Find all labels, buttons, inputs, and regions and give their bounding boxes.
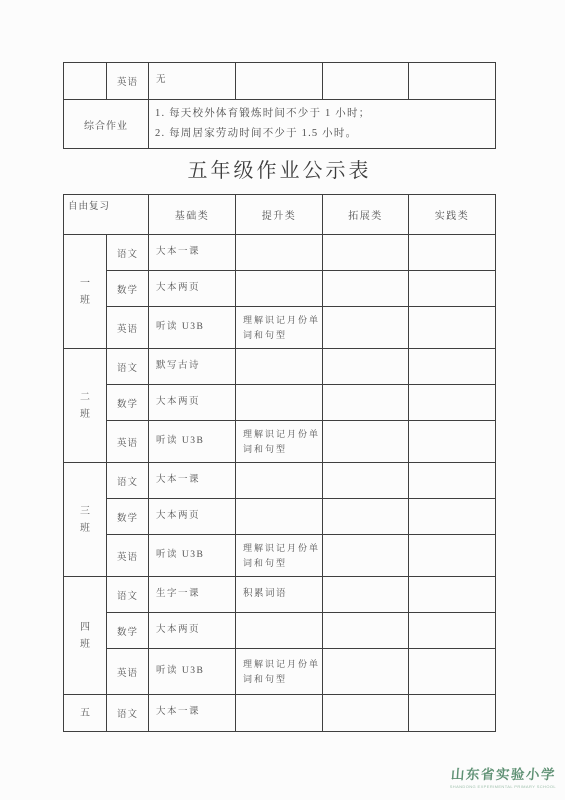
practice-homework-cell [409,463,496,499]
class-name: 二班 [80,389,91,423]
comprehensive-homework-content: 1. 每天校外体育锻炼时间不少于 1 小时； 2. 每周居家劳动时间不少于 1.… [149,100,496,149]
class-name: 三班 [80,503,91,537]
improve-homework-cell [236,235,323,271]
table-row: 综合作业 1. 每天校外体育锻炼时间不少于 1 小时； 2. 每周居家劳动时间不… [64,100,496,149]
practice-homework-cell [409,649,496,695]
extend-homework-cell [323,349,409,385]
subject-cell: 语文 [107,235,149,271]
extend-homework-cell [323,649,409,695]
improve-homework-cell: 积累词语 [236,577,323,613]
extend-homework-cell [323,271,409,307]
basic-homework-cell: 无 [149,63,236,100]
subject-cell: 数学 [107,385,149,421]
document-body: 英语 无 综合作业 1. 每天校外体育锻炼时间不少于 1 小时； 2. 每周居家… [63,62,496,732]
improve-homework-cell [236,63,323,100]
improve-homework-cell [236,695,323,732]
class-label-cell: 二班 [64,349,107,463]
class-label-cell-empty [64,63,107,100]
improve-homework-cell [236,613,323,649]
corner-label-cell: 自由复习 [64,195,149,235]
basic-homework-cell: 生字一课 [149,577,236,613]
improve-homework-cell: 理解识记月份单词和句型 [236,535,323,577]
extend-homework-cell [323,421,409,463]
comprehensive-item-2: 2. 每周居家劳动时间不少于 1.5 小时。 [155,124,491,144]
basic-homework-cell: 大本两页 [149,499,236,535]
extend-homework-cell [323,613,409,649]
table-row: 数学 大本两页 [64,271,496,307]
table-row: 一班 语文 大本一课 [64,235,496,271]
practice-homework-cell [409,385,496,421]
basic-homework-cell: 听读 U3B [149,307,236,349]
practice-homework-cell [409,577,496,613]
table-row: 数学 大本两页 [64,613,496,649]
subject-cell: 语文 [107,349,149,385]
class-name: 四班 [80,619,91,653]
improve-homework-cell [236,271,323,307]
basic-homework-cell: 大本一课 [149,463,236,499]
practice-homework-cell [409,307,496,349]
class-name: 五 [80,705,91,722]
table-row: 英语 听读 U3B 理解识记月份单词和句型 [64,535,496,577]
header-row: 自由复习 基础类 提升类 拓展类 实践类 [64,195,496,235]
improve-homework-cell [236,463,323,499]
subject-cell: 英语 [107,421,149,463]
improve-homework-cell: 理解识记月份单词和句型 [236,307,323,349]
improve-homework-cell: 理解识记月份单词和句型 [236,649,323,695]
comprehensive-homework-table: 英语 无 综合作业 1. 每天校外体育锻炼时间不少于 1 小时； 2. 每周居家… [63,62,496,149]
subject-cell: 语文 [107,695,149,732]
extend-homework-cell [323,63,409,100]
class-label-cell: 四班 [64,577,107,695]
extend-homework-cell [323,577,409,613]
practice-homework-cell [409,535,496,577]
basic-homework-cell: 大本一课 [149,695,236,732]
extend-homework-cell [323,535,409,577]
basic-homework-cell: 默写古诗 [149,349,236,385]
header-basic: 基础类 [149,195,236,235]
basic-homework-cell: 大本两页 [149,271,236,307]
subject-cell: 语文 [107,463,149,499]
subject-cell: 英语 [107,307,149,349]
practice-homework-cell [409,421,496,463]
subject-cell: 数学 [107,613,149,649]
extend-homework-cell [323,499,409,535]
practice-homework-cell [409,63,496,100]
comprehensive-homework-label: 综合作业 [64,100,149,149]
improve-homework-cell [236,349,323,385]
school-name-en: SHANDONG EXPERIMENTAL PRIMARY SCHOOL [386,784,556,789]
subject-cell: 语文 [107,577,149,613]
basic-homework-cell: 听读 U3B [149,649,236,695]
practice-homework-cell [409,349,496,385]
table-row: 四班 语文 生字一课 积累词语 [64,577,496,613]
class-label-cell: 五 [64,695,107,732]
basic-homework-cell: 大本一课 [149,235,236,271]
basic-homework-cell: 听读 U3B [149,421,236,463]
table-row: 英语 听读 U3B 理解识记月份单词和句型 [64,307,496,349]
improve-homework-cell [236,499,323,535]
table-row: 英语 听读 U3B 理解识记月份单词和句型 [64,421,496,463]
table-row: 二班 语文 默写古诗 [64,349,496,385]
table-row: 三班 语文 大本一课 [64,463,496,499]
class-name: 一班 [80,275,91,309]
extend-homework-cell [323,307,409,349]
header-improve: 提升类 [236,195,323,235]
class-label-cell: 一班 [64,235,107,349]
class-label-cell: 三班 [64,463,107,577]
header-extend: 拓展类 [323,195,409,235]
extend-homework-cell [323,235,409,271]
extend-homework-cell [323,463,409,499]
table-row: 数学 大本两页 [64,385,496,421]
document-page: 英语 无 综合作业 1. 每天校外体育锻炼时间不少于 1 小时； 2. 每周居家… [0,0,565,800]
grade5-homework-table: 自由复习 基础类 提升类 拓展类 实践类 一班 语文 大本一课 数学 大本两页 [63,194,496,732]
subject-cell: 数学 [107,499,149,535]
subject-cell: 英语 [107,649,149,695]
page-title: 五年级作业公示表 [63,156,496,186]
practice-homework-cell [409,235,496,271]
subject-cell: 英语 [107,535,149,577]
practice-homework-cell [409,613,496,649]
practice-homework-cell [409,695,496,732]
subject-cell: 数学 [107,271,149,307]
practice-homework-cell [409,271,496,307]
header-practice: 实践类 [409,195,496,235]
school-name-cn: 山东省实验小学 [385,763,556,783]
basic-homework-cell: 听读 U3B [149,535,236,577]
extend-homework-cell [323,385,409,421]
practice-homework-cell [409,499,496,535]
school-watermark: 山东省实验小学 SHANDONG EXPERIMENTAL PRIMARY SC… [386,763,556,789]
comprehensive-item-1: 1. 每天校外体育锻炼时间不少于 1 小时； [155,104,491,124]
subject-cell: 英语 [107,63,149,100]
table-row: 数学 大本两页 [64,499,496,535]
table-row: 英语 无 [64,63,496,100]
table-row: 五 语文 大本一课 [64,695,496,732]
improve-homework-cell [236,385,323,421]
basic-homework-cell: 大本两页 [149,385,236,421]
basic-homework-cell: 大本两页 [149,613,236,649]
extend-homework-cell [323,695,409,732]
improve-homework-cell: 理解识记月份单词和句型 [236,421,323,463]
table-row: 英语 听读 U3B 理解识记月份单词和句型 [64,649,496,695]
